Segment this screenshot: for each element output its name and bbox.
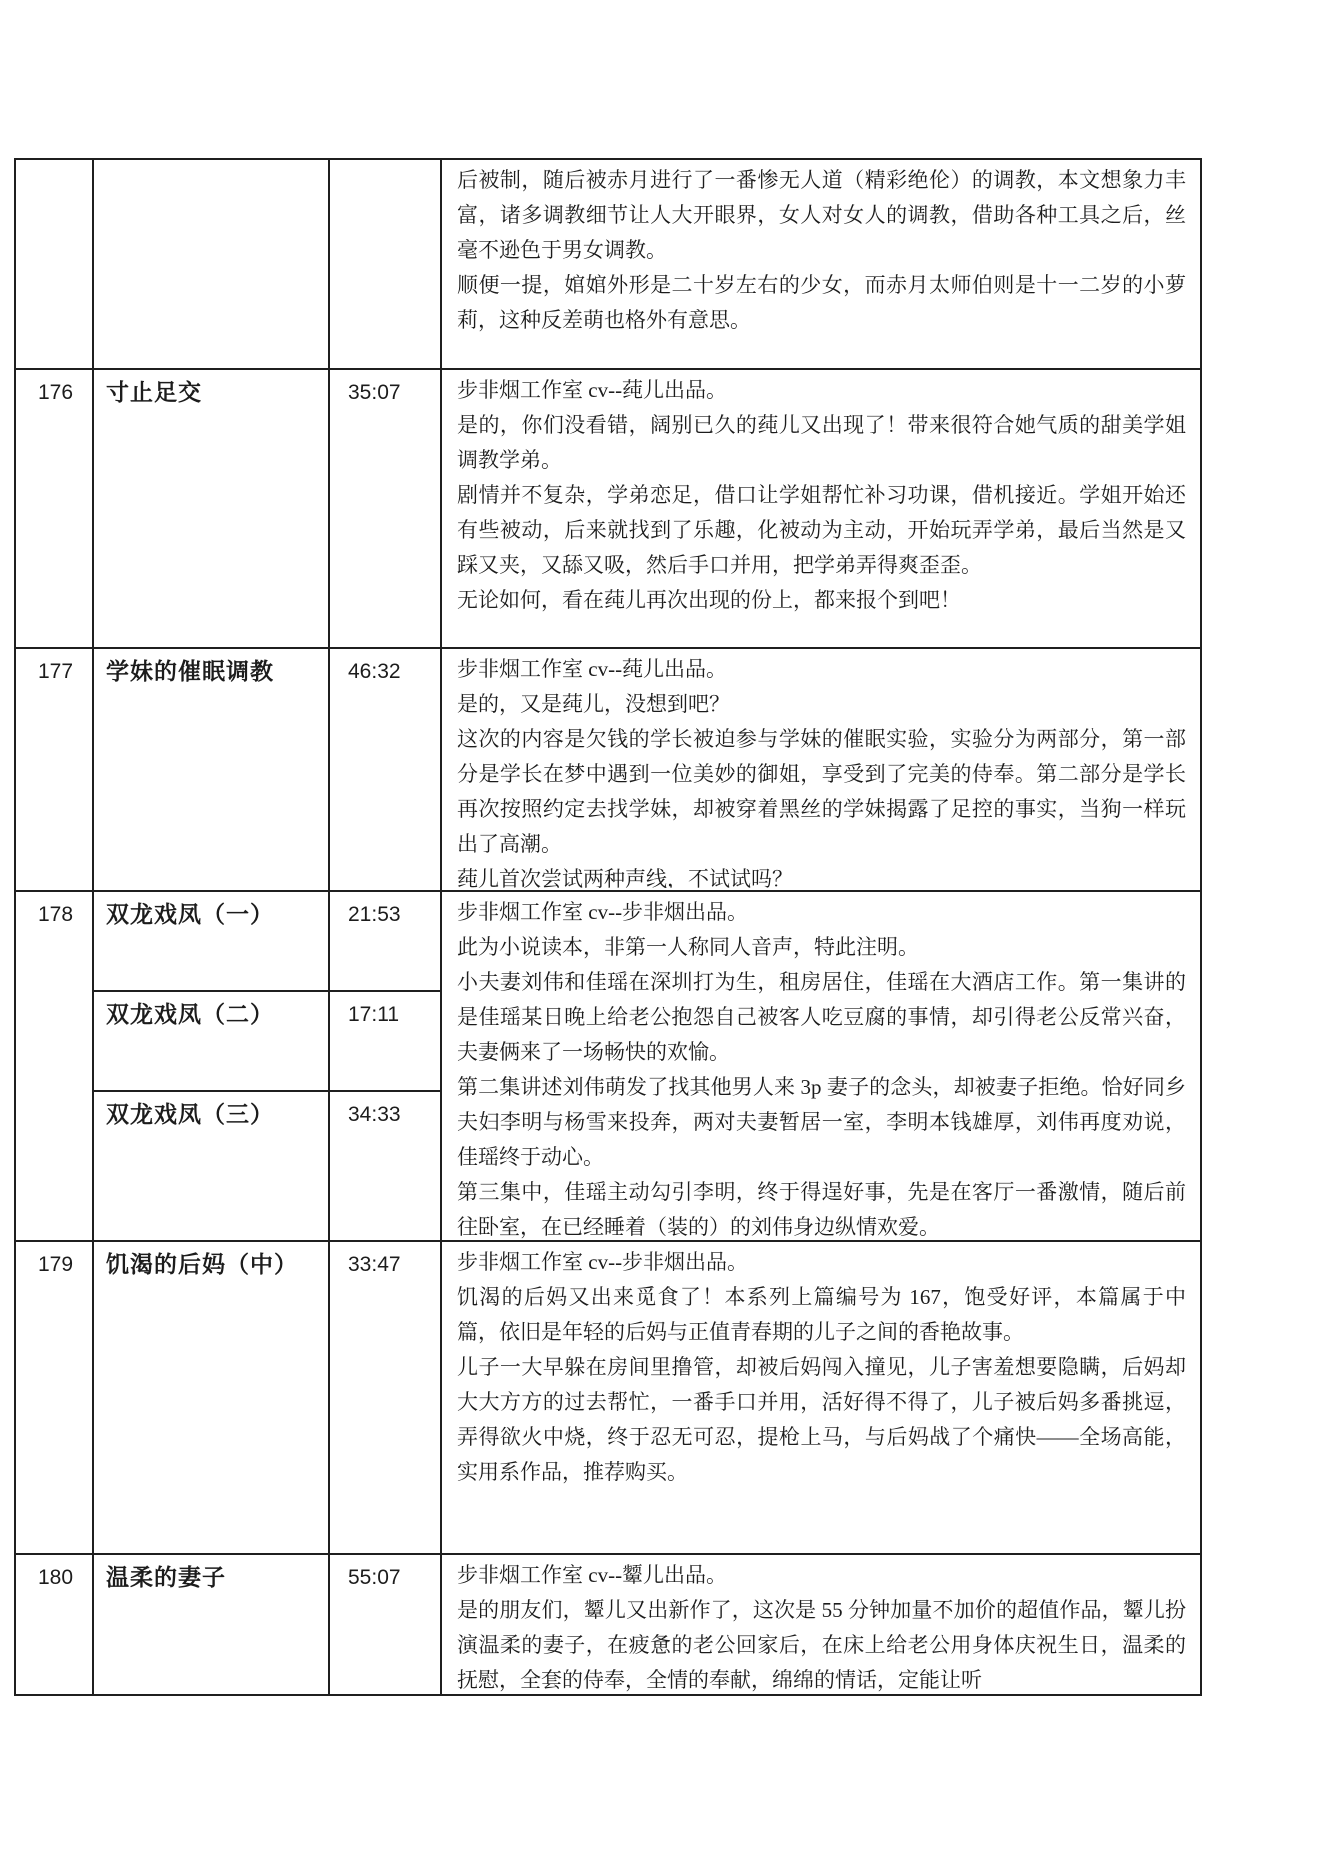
document-page: { "colors": { "border": "#1f1f1f", "text… [0, 0, 1323, 1871]
cell-id: 176 [15, 369, 93, 648]
cell-title: 温柔的妻子 [93, 1554, 329, 1695]
row-180: 180 温柔的妻子 55:07 步非烟工作室 cv--颦儿出品。 是的朋友们，颦… [15, 1554, 1201, 1695]
description-paragraph: 小夫妻刘伟和佳瑶在深圳打为生，租房居住，佳瑶在大酒店工作。第一集讲的是佳瑶某日晚… [457, 965, 1186, 1070]
cell-title: 寸止足交 [93, 369, 329, 648]
description-paragraph: 是的，你们没看错，阔别已久的莼儿又出现了！带来很符合她气质的甜美学姐调教学弟。 [457, 408, 1186, 478]
cell-description: 步非烟工作室 cv--莼儿出品。 是的，又是莼儿，没想到吧？ 这次的内容是欠钱的… [441, 648, 1201, 891]
cell-id: 178 [15, 891, 93, 1241]
cell-title: 双龙戏凤（三） [93, 1091, 329, 1241]
cell-title: 双龙戏凤（二） [93, 991, 329, 1091]
row-177: 177 学妹的催眠调教 46:32 步非烟工作室 cv--莼儿出品。 是的，又是… [15, 648, 1201, 891]
cell-description: 步非烟工作室 cv--步非烟出品。 此为小说读本，非第一人称同人音声，特此注明。… [441, 891, 1201, 1241]
cell-id [15, 159, 93, 369]
description-paragraph: 步非烟工作室 cv--步非烟出品。 [457, 895, 1186, 930]
description-paragraph: 步非烟工作室 cv--莼儿出品。 [457, 373, 1186, 408]
description-paragraph: 此为小说读本，非第一人称同人音声，特此注明。 [457, 930, 1186, 965]
cell-title: 双龙戏凤（一） [93, 891, 329, 991]
cell-description: 步非烟工作室 cv--莼儿出品。 是的，你们没看错，阔别已久的莼儿又出现了！带来… [441, 369, 1201, 648]
description-paragraph: 剧情并不复杂，学弟恋足，借口让学姐帮忙补习功课，借机接近。学姐开始还有些被动，后… [457, 478, 1186, 583]
cell-title: 学妹的催眠调教 [93, 648, 329, 891]
row-179: 179 饥渴的后妈（中） 33:47 步非烟工作室 cv--步非烟出品。 饥渴的… [15, 1241, 1201, 1554]
audio-works-table: 后被制，随后被赤月进行了一番惨无人道（精彩绝伦）的调教，本文想象力丰富，诸多调教… [14, 158, 1202, 1696]
description-paragraph: 是的，又是莼儿，没想到吧？ [457, 687, 1186, 722]
cell-description: 后被制，随后被赤月进行了一番惨无人道（精彩绝伦）的调教，本文想象力丰富，诸多调教… [441, 159, 1201, 369]
cell-duration: 46:32 [329, 648, 441, 891]
cell-title: 饥渴的后妈（中） [93, 1241, 329, 1554]
description-paragraph: 第二集讲述刘伟萌发了找其他男人来 3p 妻子的念头，却被妻子拒绝。恰好同乡夫妇李… [457, 1070, 1186, 1175]
row-178-part-1: 178 双龙戏凤（一） 21:53 步非烟工作室 cv--步非烟出品。 此为小说… [15, 891, 1201, 991]
cell-id: 180 [15, 1554, 93, 1695]
description-paragraph: 莼儿首次尝试两种声线，不试试吗？ [457, 862, 1186, 888]
row-175-continuation: 后被制，随后被赤月进行了一番惨无人道（精彩绝伦）的调教，本文想象力丰富，诸多调教… [15, 159, 1201, 369]
description-paragraph: 这次的内容是欠钱的学长被迫参与学妹的催眠实验，实验分为两部分，第一部分是学长在梦… [457, 722, 1186, 862]
description-paragraph: 步非烟工作室 cv--步非烟出品。 [457, 1245, 1186, 1280]
row-176: 176 寸止足交 35:07 步非烟工作室 cv--莼儿出品。 是的，你们没看错… [15, 369, 1201, 648]
cell-duration: 33:47 [329, 1241, 441, 1554]
cell-description: 步非烟工作室 cv--颦儿出品。 是的朋友们，颦儿又出新作了，这次是 55 分钟… [441, 1554, 1201, 1695]
cell-duration: 34:33 [329, 1091, 441, 1241]
cell-duration: 35:07 [329, 369, 441, 648]
cell-title [93, 159, 329, 369]
description-paragraph: 步非烟工作室 cv--颦儿出品。 [457, 1558, 1186, 1593]
description-paragraph: 饥渴的后妈又出来觅食了！本系列上篇编号为 167，饱受好评，本篇属于中篇，依旧是… [457, 1280, 1186, 1350]
description-paragraph: 步非烟工作室 cv--莼儿出品。 [457, 652, 1186, 687]
description-paragraph: 无论如何，看在莼儿再次出现的份上，都来报个到吧！ [457, 583, 1186, 618]
description-paragraph: 儿子一大早躲在房间里撸管，却被后妈闯入撞见，儿子害羞想要隐瞒，后妈却大大方方的过… [457, 1350, 1186, 1490]
description-paragraph: 后被制，随后被赤月进行了一番惨无人道（精彩绝伦）的调教，本文想象力丰富，诸多调教… [457, 163, 1186, 268]
cell-id: 177 [15, 648, 93, 891]
description-paragraph: 顺便一提，婠婠外形是二十岁左右的少女，而赤月太师伯则是十一二岁的小萝莉，这种反差… [457, 268, 1186, 338]
cell-description: 步非烟工作室 cv--步非烟出品。 饥渴的后妈又出来觅食了！本系列上篇编号为 1… [441, 1241, 1201, 1554]
cell-duration: 21:53 [329, 891, 441, 991]
cell-duration [329, 159, 441, 369]
cell-id: 179 [15, 1241, 93, 1554]
cell-duration: 17:11 [329, 991, 441, 1091]
cell-duration: 55:07 [329, 1554, 441, 1695]
description-paragraph: 第三集中，佳瑶主动勾引李明，终于得逞好事，先是在客厅一番激情，随后前往卧室，在已… [457, 1175, 1186, 1239]
description-paragraph: 是的朋友们，颦儿又出新作了，这次是 55 分钟加量不加价的超值作品，颦儿扮演温柔… [457, 1593, 1186, 1694]
